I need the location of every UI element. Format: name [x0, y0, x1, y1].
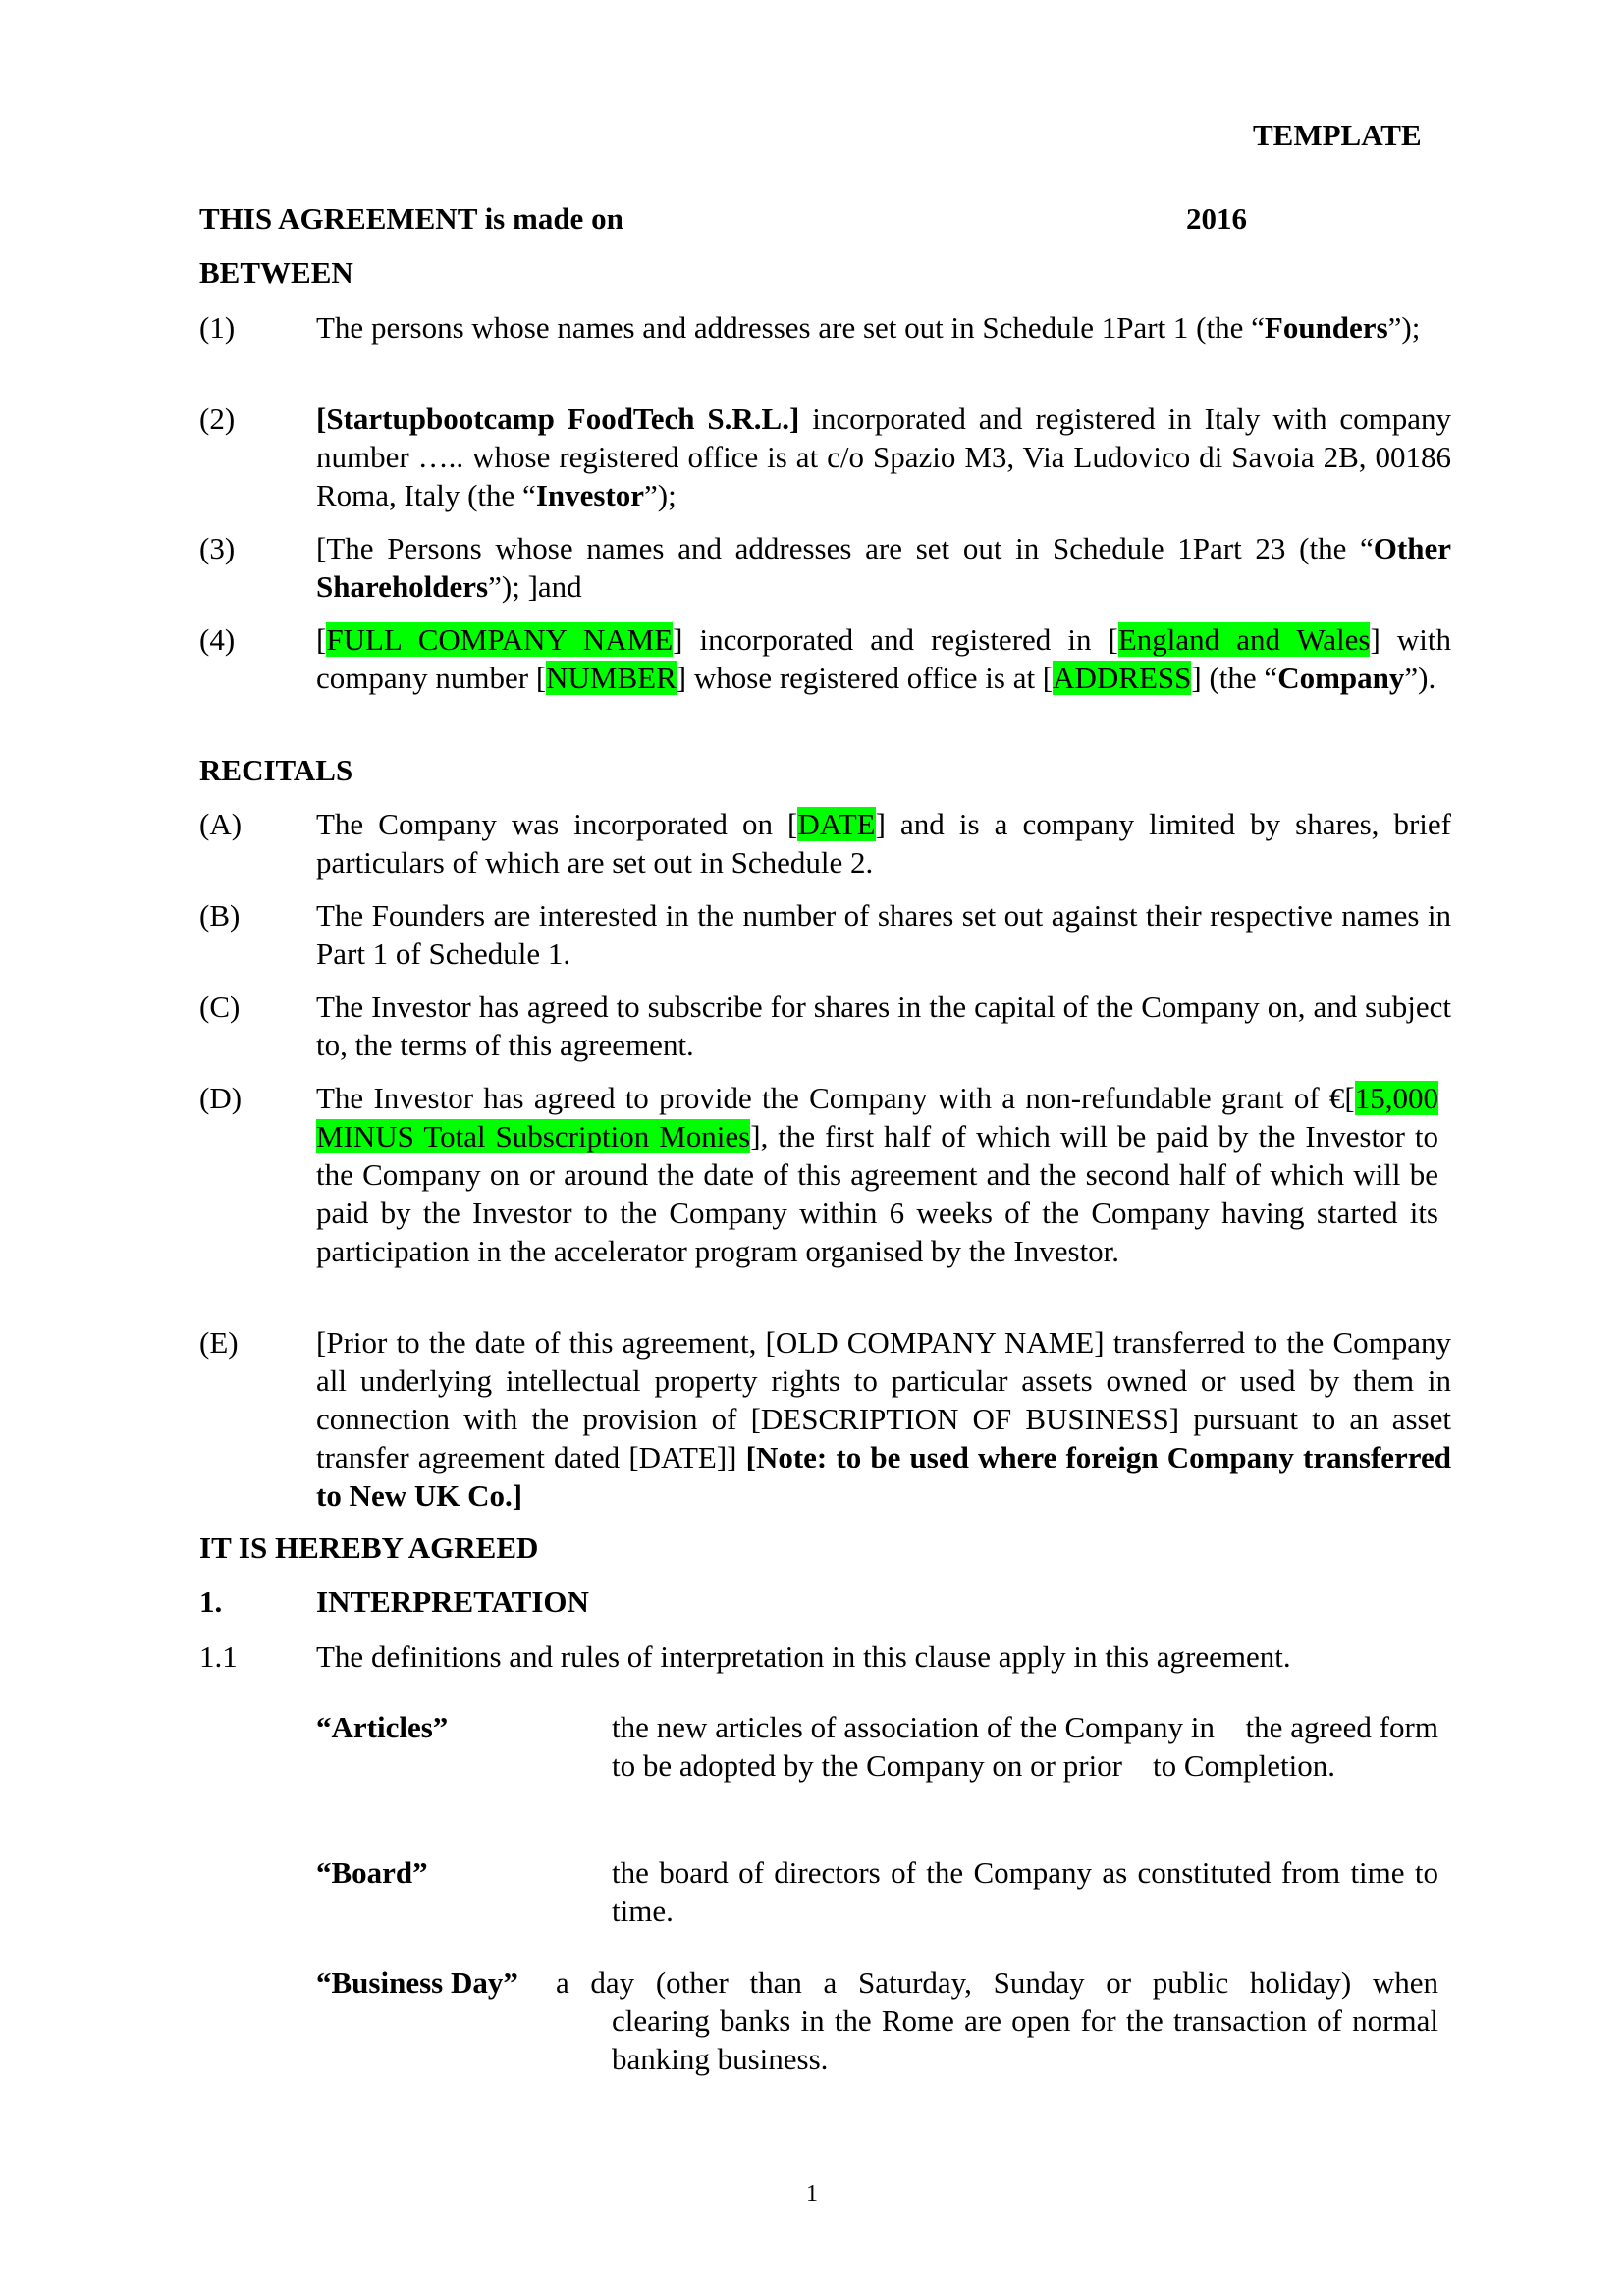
party-number: (1) [199, 308, 235, 347]
definition-lead-text: a day (other than a Saturday, Sunday or … [556, 1963, 1438, 2002]
recital-letter: (C) [199, 988, 240, 1026]
recitals-heading: RECITALS [199, 751, 352, 789]
party-text: [FULL COMPANY NAME] incorporated and reg… [316, 620, 1451, 697]
agreed-heading: IT IS HEREBY AGREED [199, 1528, 538, 1567]
subclause-text: The definitions and rules of interpretat… [316, 1637, 1291, 1676]
definition-term: “Articles” [316, 1708, 448, 1746]
recital-text: The Founders are interested in the numbe… [316, 896, 1451, 973]
party-number: (2) [199, 400, 235, 438]
definition-term: “Business Day” [316, 1963, 518, 2002]
definition-text: clearing banks in the Rome are open for … [612, 2002, 1438, 2078]
clause-title: INTERPRETATION [316, 1582, 589, 1621]
recital-text: The Investor has agreed to subscribe for… [316, 988, 1451, 1064]
party-number: (4) [199, 620, 235, 659]
placeholder-date: DATE [797, 807, 875, 841]
agreement-title: THIS AGREEMENT is made on [199, 199, 623, 238]
placeholder-jurisdiction: England and Wales [1118, 622, 1371, 657]
clause-number: 1. [199, 1582, 222, 1621]
page-number: 1 [0, 2181, 1624, 2208]
recital-text: [Prior to the date of this agreement, [O… [316, 1323, 1451, 1515]
recital-text: The Investor has agreed to provide the C… [316, 1079, 1438, 1270]
between-heading: BETWEEN [199, 253, 353, 292]
recital-letter: (D) [199, 1079, 242, 1117]
placeholder-address: ADDRESS [1053, 661, 1191, 695]
definition-text: the board of directors of the Company as… [612, 1853, 1438, 1930]
definition-term: “Board” [316, 1853, 428, 1892]
party-text: [The Persons whose names and addresses a… [316, 529, 1451, 606]
recital-letter: (E) [199, 1323, 239, 1362]
subclause-number: 1.1 [199, 1637, 238, 1676]
recital-text: The Company was incorporated on [DATE] a… [316, 805, 1451, 881]
party-number: (3) [199, 529, 235, 567]
party-text: [Startupbootcamp FoodTech S.R.L.] incorp… [316, 400, 1451, 514]
placeholder-number: NUMBER [546, 661, 677, 695]
template-label: TEMPLATE [1253, 116, 1422, 154]
agreement-year: 2016 [1186, 199, 1247, 238]
recital-letter: (B) [199, 896, 240, 934]
placeholder-company-name: FULL COMPANY NAME [326, 622, 673, 657]
recital-letter: (A) [199, 805, 242, 843]
definition-text: the new articles of association of the C… [612, 1708, 1438, 1785]
party-text: The persons whose names and addresses ar… [316, 308, 1451, 347]
